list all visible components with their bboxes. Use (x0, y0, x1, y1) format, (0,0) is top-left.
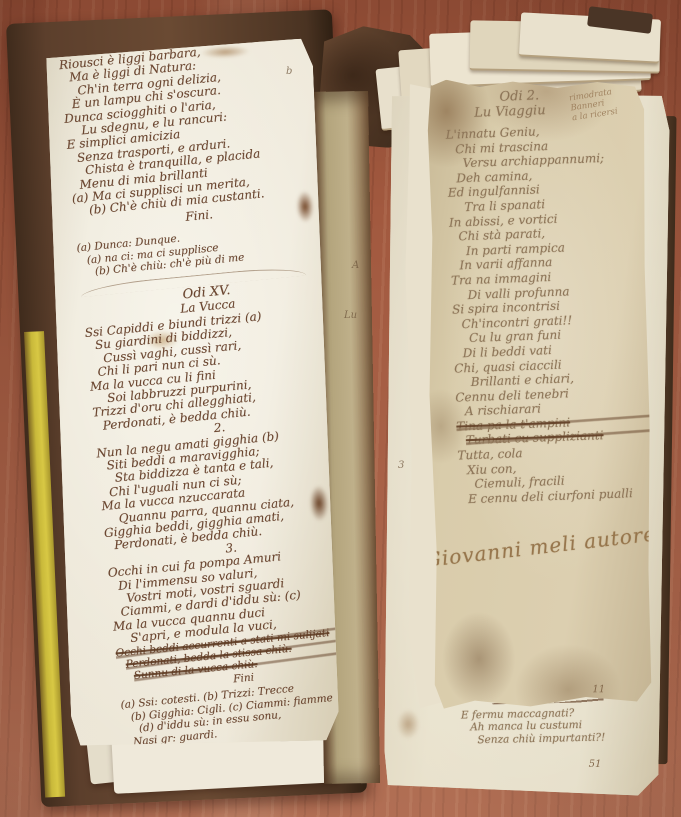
ode-ending-stanza: Riousci è liggi barbara,Ma è liggi di Na… (58, 35, 322, 219)
poem-tail: Tutta, colaXiu con,Ciemuli, fraciliE cen… (457, 441, 655, 507)
poem-body: L'innatu Geniu,Chi mi trascinaVersu arch… (445, 121, 652, 420)
inner-mounted-leaf: rimodrataBanneria la ricersi Odi 2. Lu V… (424, 78, 653, 710)
margin-mark: b (286, 66, 292, 77)
right-page-text: Odi 2. Lu Viaggiu L'innatu Geniu,Chi mi … (444, 85, 655, 507)
paper-stain (393, 704, 424, 744)
left-manuscript-page: Riousci è liggi barbara,Ma è liggi di Na… (42, 38, 342, 751)
margin-mark: A (352, 260, 359, 271)
author-signature: Giovanni meli autore (424, 521, 658, 572)
inner-page-number: 11 (592, 684, 605, 695)
margin-mark: 3 (398, 460, 404, 471)
bottom-note-lines: E fermu maccagnati?Ah manca lu custumiSe… (461, 707, 606, 747)
bottom-note: E fermu maccagnati?Ah manca lu custumiSe… (461, 707, 606, 747)
page-number: 51 (589, 759, 602, 770)
manuscript-photo: Riousci è liggi barbara,Ma è liggi di Na… (0, 0, 681, 817)
note-line: Senza chiù impurtanti?! (477, 731, 605, 746)
margin-mark: Lu (344, 310, 357, 321)
